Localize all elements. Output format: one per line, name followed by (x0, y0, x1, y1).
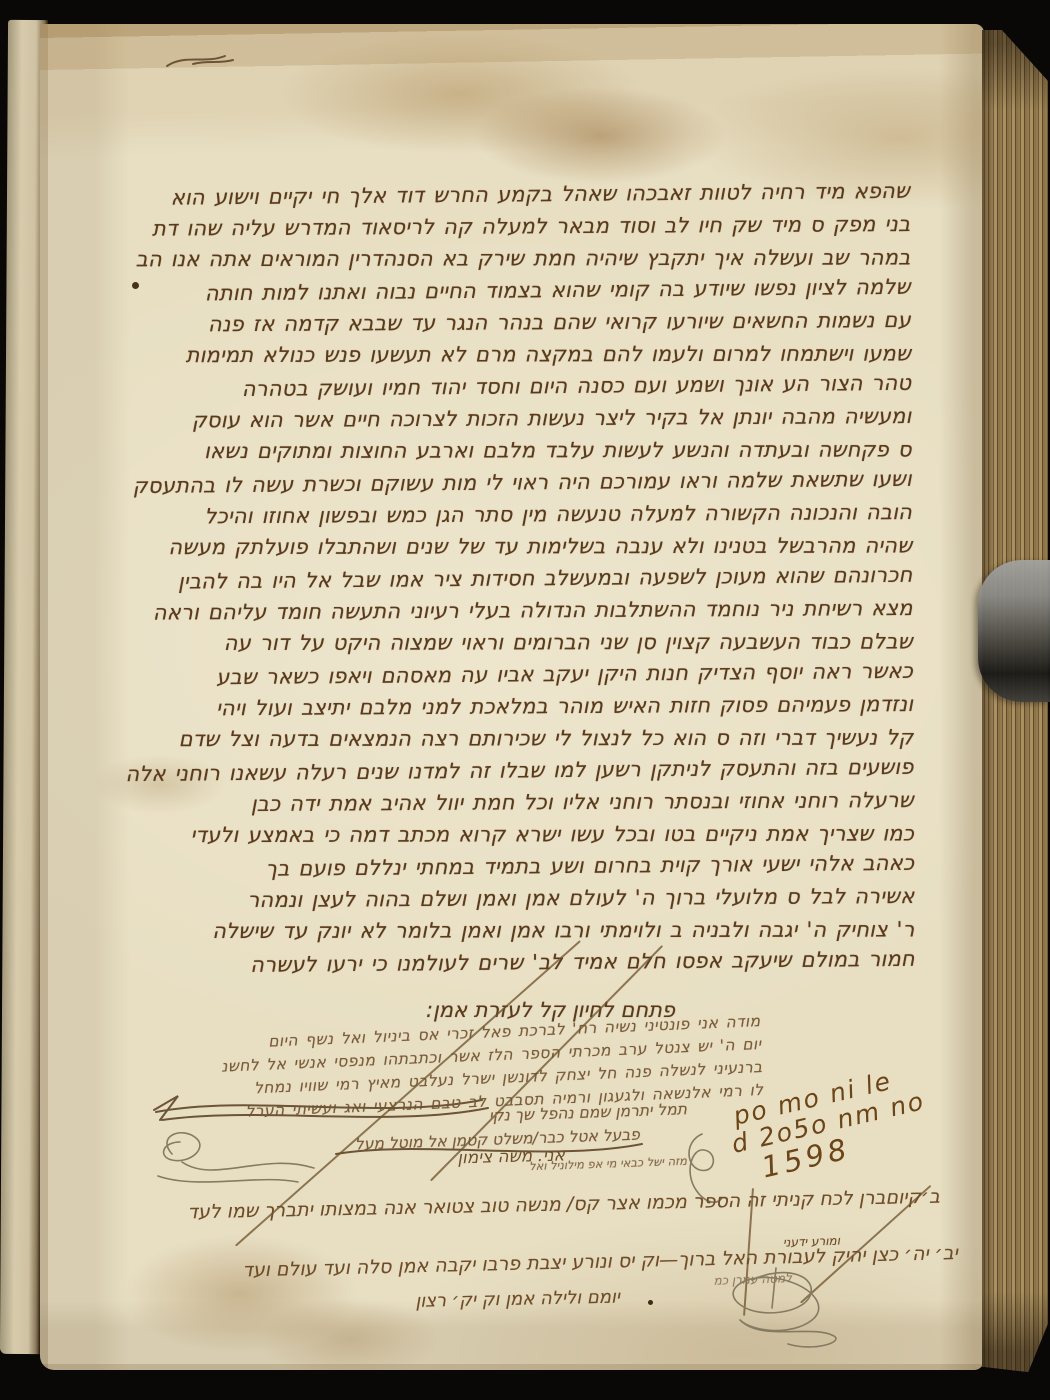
top-margin-squiggle (163, 50, 243, 76)
margin-dot-mark (132, 282, 139, 289)
main-text-line: ונזדמן פעמיהם פסוק חזות האיש מוהר במלאכת… (143, 688, 913, 725)
purchase-note-line-3: יומם ולילה אמן וק יק׳ רצון (290, 1287, 620, 1315)
main-text-line: חמור במולם שיעקב אפסו חלם אמיד לב' שרים … (145, 943, 915, 982)
main-text-line: מצא רשיחת ניר נוחמד ההשתלבות הנדולה בעלי… (143, 592, 913, 629)
spiral-doodle (690, 1262, 865, 1357)
main-text-block: שהפא מיד רחיה לטוות זאבכהו שאהל בקמע החר… (140, 176, 915, 981)
main-text-line: עם נשמות החשאים שיורעו קרואי שהם בנהר הנ… (141, 304, 911, 341)
main-text-line: בני מפק ס מיד שק חיו לב וסוד מבאר למעלה … (140, 208, 910, 245)
main-text-line: ס פקחשה ובעתדה והנשע לעשות עלבד מלבם ואר… (142, 433, 912, 467)
manuscript-photograph: שהפא מיד רחיה לטוות זאבכהו שאהל בקמע החר… (0, 0, 1050, 1400)
closing-line: פתחם לחיון קל לעזרת אמן: (140, 998, 910, 1022)
main-text-line: אשירה לבל ס מלועלי ברוך ה' לעולם אמן ואמ… (144, 880, 914, 917)
main-text-line: שבלם כבוד העשבעה קצוין סן שני הברומים ור… (143, 625, 913, 659)
main-text-line: ר' צוחיק ה' יגבה ולבניה ב ולוימתי ורבו א… (145, 913, 915, 947)
main-text-line: שרעלה רוחני אחוזי ובנסתר רוחני אליו וכל … (144, 784, 914, 821)
ink-fleck (648, 1300, 653, 1305)
main-text-line: קל נעשיך דברי וזה ס הוא כל לנצול לי שכיר… (143, 721, 913, 755)
manuscript-page: שהפא מיד רחיה לטוות זאבכהו שאהל בקמע החר… (40, 24, 984, 1370)
main-text-line: הובה והנכונה הקשורה למעלה טנעשה מין סתר … (142, 496, 912, 533)
main-text-line: כמו שצריך אמת ניקיים בטו ובכל עשו ישרא ק… (144, 817, 914, 851)
main-text-line: ומעשיה מהבה יונתן אל בקיר ליצר נעשות הזכ… (141, 400, 911, 437)
page-weight-tab (978, 560, 1050, 702)
main-text-line: שהיה מהרבשל בטנינו ולא ענבה בשלימות עד ש… (142, 529, 912, 563)
main-text-line: שמעו וישתמחו למרום ולעמו להם במקצה מרם ל… (141, 337, 911, 371)
main-text-line: במהר שב ועשלה איך יתקבץ שיהיה חמת שירק ב… (140, 241, 910, 275)
signature-flourish (138, 1124, 328, 1199)
